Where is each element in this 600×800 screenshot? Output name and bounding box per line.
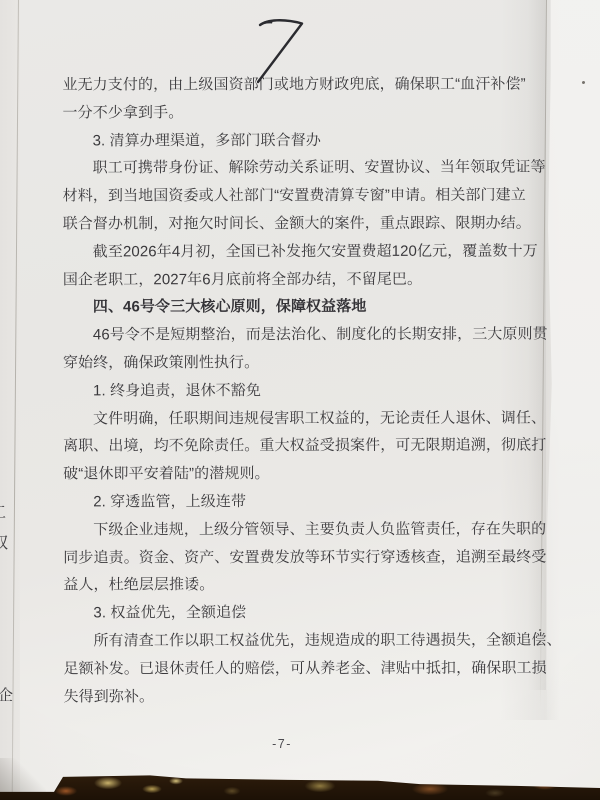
text-line: 国企老职工，2027年6月底前将全部办结，不留尾巴。 — [63, 265, 563, 294]
document-body: 业无力支付的，由上级国资部门或地方财政兜底，确保职工“血汗补偿”一分不少拿到手。… — [62, 71, 563, 711]
text-line: 截至2026年4月初，全国已补发拖欠安置费超120亿元，覆盖数十万 — [63, 237, 563, 266]
handwritten-seven-mark — [248, 14, 310, 88]
text-line: 穿始终，确保政策刚性执行。 — [63, 349, 563, 378]
text-line: 益人，杜绝层层推诿。 — [63, 571, 563, 600]
text-line: 离职、出境，均不免除责任。重大权益受损案件，可无限期追溯，彻底打 — [63, 432, 563, 461]
text-line: 3. 权益优先，全额追偿 — [63, 599, 563, 628]
text-line: 失得到弥补。 — [64, 682, 564, 711]
text-line: 四、46号令三大核心原则，保障权益落地 — [63, 293, 563, 322]
text-line: 一分不少拿到手。 — [62, 98, 562, 127]
tree-bark — [0, 770, 600, 800]
text-line: 1. 终身追责，退休不豁免 — [63, 376, 563, 405]
text-line: 同步追责。资金、资产、安置费发放等环节实行穿透核查，追溯至最终受 — [63, 543, 563, 572]
text-line: 破“退休即平安着陆”的潜规则。 — [63, 460, 563, 489]
left-sheet-fragment-char: 双 — [0, 536, 8, 552]
text-line: 3. 清算办理渠道，多部门联合督办 — [63, 126, 563, 155]
left-sheet-fragment-char: 工 — [0, 505, 6, 520]
left-sheet-fragment-char: 企 — [0, 688, 13, 703]
text-line: 下级企业违规，上级分管领导、主要负责人负监管责任，存在失职的 — [63, 515, 563, 544]
text-line: 业无力支付的，由上级国资部门或地方财政兜底，确保职工“血汗补偿” — [62, 71, 562, 100]
text-line: 所有清查工作以职工权益优先，违规造成的职工待遇损失，全额追偿、 — [63, 627, 563, 656]
page-number: -7- — [256, 737, 308, 751]
text-line: 46号令不是短期整治，而是法治化、制度化的长期安排，三大原则贯 — [63, 321, 563, 350]
left-sheet-fragment-char: 、 — [0, 610, 9, 623]
text-line: 文件明确，任职期间违规侵害职工权益的，无论责任人退休、调任、 — [63, 404, 563, 433]
text-line: 职工可携带身份证、解除劳动关系证明、安置协议、当年领取凭证等 — [63, 154, 563, 183]
text-line: 2. 穿透监管，上级连带 — [63, 488, 563, 517]
text-line: 材料，到当地国资委或人社部门“安置费清算专窗”申请。相关部门建立 — [63, 182, 563, 211]
document-photo: 工双、企 业无力支付的，由上级国资部门或地方财政兜底，确保职工“血汗补偿”一分不… — [0, 0, 600, 800]
text-line: 联合督办机制，对拖欠时间长、金额大的案件，重点跟踪、限期办结。 — [63, 210, 563, 239]
text-line: 足额补发。已退休责任人的赔偿，可从养老金、津贴中抵扣，确保职工损 — [63, 654, 563, 683]
